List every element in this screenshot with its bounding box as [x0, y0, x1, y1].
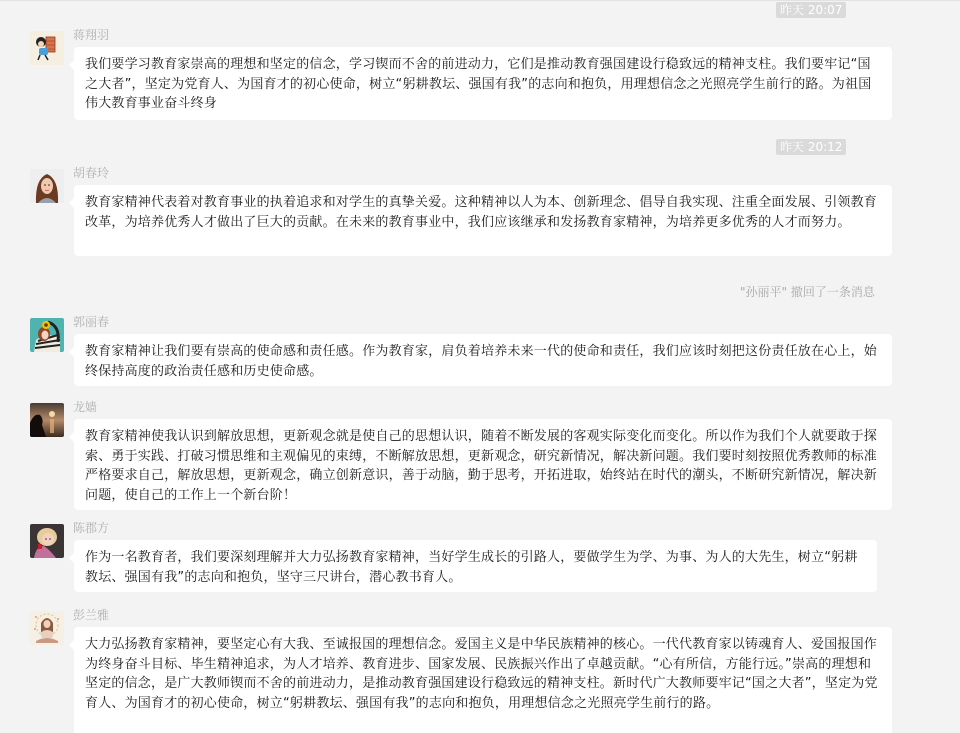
illustration-girl-meditating-avatar-icon	[30, 611, 64, 645]
avatar[interactable]	[30, 318, 64, 352]
avatar[interactable]	[30, 31, 64, 65]
portrait-woman-avatar-icon	[30, 169, 64, 203]
sender-name: 郭丽春	[73, 314, 109, 330]
timestamp: 昨天 20:12	[776, 139, 846, 155]
message-bubble[interactable]: 教育家精神让我们要有崇高的使命感和责任感。作为教育家，肩负着培养未来一代的使命和…	[74, 334, 892, 386]
chat-message-list[interactable]: 昨天 20:07 蒋翔羽 我们要学习教育家崇高的理想和坚定的信念，学习锲而不舍的…	[0, 0, 960, 733]
message-bubble[interactable]: 教育家精神使我认识到解放思想，更新观念就是使自己的思想认识，随着不断发展的客观实…	[74, 419, 892, 510]
sender-name: 龙嫱	[73, 399, 97, 415]
photo-child-avatar-icon	[30, 524, 64, 558]
cartoon-girl-sunflower-avatar-icon	[30, 318, 64, 352]
cartoon-boy-avatar-icon	[30, 31, 64, 65]
recall-notice: "孙丽平" 撤回了一条消息	[740, 284, 875, 300]
silhouette-sunset-avatar-icon	[30, 403, 64, 437]
sender-name: 彭兰雅	[73, 607, 109, 623]
message-bubble[interactable]: 作为一名教育者，我们要深刻理解并大力弘扬教育家精神，当好学生成长的引路人，要做学…	[74, 540, 877, 592]
message-bubble[interactable]: 教育家精神代表着对教育事业的执着追求和对学生的真挚关爱。这种精神以人为本、创新理…	[74, 185, 892, 256]
sender-name: 陈郡方	[73, 520, 109, 536]
avatar[interactable]	[30, 403, 64, 437]
sender-name: 蒋翔羽	[73, 27, 109, 43]
sender-name: 胡春玲	[73, 165, 109, 181]
avatar[interactable]	[30, 611, 64, 645]
avatar[interactable]	[30, 524, 64, 558]
timestamp: 昨天 20:07	[776, 2, 846, 18]
avatar[interactable]	[30, 169, 64, 203]
message-bubble[interactable]: 大力弘扬教育家精神，要坚定心有大我、至诚报国的理想信念。爱国主义是中华民族精神的…	[74, 627, 892, 733]
message-bubble[interactable]: 我们要学习教育家崇高的理想和坚定的信念，学习锲而不舍的前进动力，它们是推动教育强…	[74, 47, 892, 120]
